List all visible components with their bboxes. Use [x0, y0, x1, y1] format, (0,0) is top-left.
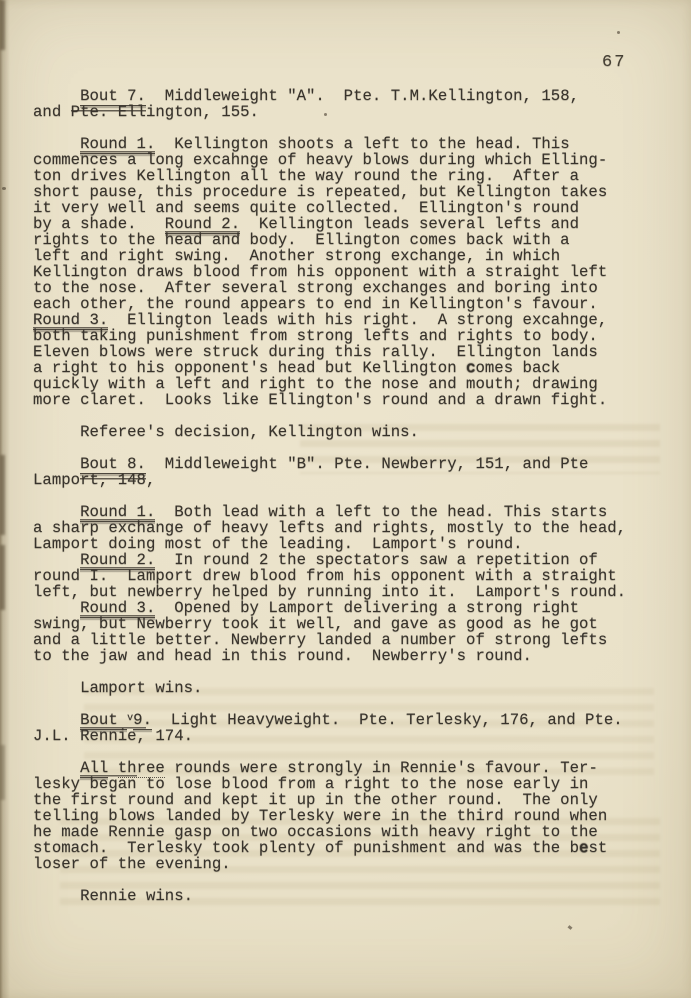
document-body: Bout 7. Middleweight "A". Pte. T.M.Kelli…: [33, 88, 626, 920]
text-segment: Pte. Ell: [71, 103, 146, 121]
text-line: more claret. Looks like Ellington's roun…: [33, 392, 626, 408]
paragraph: Round 1. Both lead with a left to the he…: [33, 504, 626, 664]
text-segment: and: [33, 103, 71, 121]
text-line: a sharp exchange of heavy lefts and righ…: [33, 520, 626, 536]
paper-speck: [617, 31, 620, 34]
page-edge-smudge: [0, 455, 5, 535]
page-edge-smudge: [0, 0, 5, 50]
text-line: Lamport, 148,: [33, 472, 626, 488]
paragraph: Referee's decision, Kellington wins.: [33, 424, 626, 440]
text-line: Eleven blows were struck during this ral…: [33, 344, 626, 360]
text-line: Bout 7. Middleweight "A". Pte. T.M.Kelli…: [33, 88, 626, 104]
text-line: Lamport doing most of the leading. Lampo…: [33, 536, 626, 552]
text-line: by a shade. Round 2. Kellington leads se…: [33, 216, 626, 232]
text-segment: to the jaw and head in this round. Newbe…: [33, 647, 532, 665]
text-line: Round 1. Both lead with a left to the he…: [33, 504, 626, 520]
text-segment: Rennie wins.: [33, 887, 193, 905]
text-line: left and right swing. Another strong exc…: [33, 248, 626, 264]
text-line: round I. Lamport drew blood from his opp…: [33, 568, 626, 584]
text-segment: Lampo: [33, 471, 80, 489]
text-line: stomach. Terlesky took plenty of punishm…: [33, 840, 626, 856]
text-segment: Rennie,: [80, 727, 146, 745]
text-segment: v: [127, 711, 133, 727]
paragraph: All three rounds were strongly in Rennie…: [33, 760, 626, 872]
text-line: J.L. Rennie, 174.: [33, 728, 626, 744]
text-line: Kellington draws blood from his opponent…: [33, 264, 626, 280]
paper-speck: [2, 187, 6, 190]
text-line: both taking punishment from strong lefts…: [33, 328, 626, 344]
text-line: and Pte. Ellington, 155.: [33, 104, 626, 120]
text-line: commences a long excahnge of heavy blows…: [33, 152, 626, 168]
text-line: rights to the head and body. Ellington c…: [33, 232, 626, 248]
text-line: Referee's decision, Kellington wins.: [33, 424, 626, 440]
text-line: and a little better. Newberry landed a n…: [33, 632, 626, 648]
paragraph: Bout 8. Middleweight "B". Pte. Newberry,…: [33, 456, 626, 488]
scanned-page: { "page": { "number": "67" }, "colors": …: [0, 0, 691, 998]
paragraph: Round 1. Kellington shoots a left to the…: [33, 136, 626, 408]
page-number: 67: [602, 53, 626, 72]
text-line: Bout v9. Light Heavyweight. Pte. Terlesk…: [33, 712, 626, 728]
text-line: each other, the round appears to end in …: [33, 296, 626, 312]
text-segment: loser of the evening.: [33, 855, 231, 873]
text-segment: Middleweight "B". Pte. Newberry, 151, an…: [146, 455, 588, 473]
paragraph: Bout v9. Light Heavyweight. Pte. Terlesk…: [33, 712, 626, 744]
text-line: Round 1. Kellington shoots a left to the…: [33, 136, 626, 152]
text-line: Round 2. In round 2 the spectators saw a…: [33, 552, 626, 568]
text-line: ton drives Kellington all the way round …: [33, 168, 626, 184]
text-segment: rt, 148: [80, 471, 146, 489]
text-line: he made Rennie gasp on two occasions wit…: [33, 824, 626, 840]
text-segment: J.L.: [33, 727, 80, 745]
text-line: All three rounds were strongly in Rennie…: [33, 760, 626, 776]
text-line: quickly with a left and right to the nos…: [33, 376, 626, 392]
text-segment: 174.: [146, 727, 193, 745]
text-line: Bout 8. Middleweight "B". Pte. Newberry,…: [33, 456, 626, 472]
text-line: short pause, this procedure is repeated,…: [33, 184, 626, 200]
text-line: left, but newberry helped by running int…: [33, 584, 626, 600]
paragraph: Lamport wins.: [33, 680, 626, 696]
text-line: Rennie wins.: [33, 888, 626, 904]
text-segment: Lamport wins.: [33, 679, 202, 697]
text-line: Lamport wins.: [33, 680, 626, 696]
text-line: to the jaw and head in this round. Newbe…: [33, 648, 626, 664]
text-line: lesky began to lose blood from a right t…: [33, 776, 626, 792]
paragraph: Rennie wins.: [33, 888, 626, 904]
paper-speck: [568, 925, 573, 930]
text-line: Round 3. Opened by Lamport delivering a …: [33, 600, 626, 616]
paragraph: Bout 7. Middleweight "A". Pte. T.M.Kelli…: [33, 88, 626, 120]
text-line: to the nose. After several strong exchan…: [33, 280, 626, 296]
text-segment: Referee's decision, Kellington wins.: [33, 423, 419, 441]
text-line: swing, but Newberry took it well, and ga…: [33, 616, 626, 632]
page-edge-smudge: [0, 545, 5, 610]
text-segment: more claret. Looks like Ellington's roun…: [33, 391, 607, 409]
text-segment: ,: [146, 471, 155, 489]
text-line: telling blows landed by Terlesky were in…: [33, 808, 626, 824]
text-line: a right to his opponent's head but Kelli…: [33, 360, 626, 376]
text-line: the first round and kept it up in the ot…: [33, 792, 626, 808]
text-line: loser of the evening.: [33, 856, 626, 872]
page-edge-smudge: [0, 745, 5, 800]
text-line: Round 3. Ellington leads with his right.…: [33, 312, 626, 328]
text-line: it very well and seems quite collected. …: [33, 200, 626, 216]
text-segment: Light Heavyweight. Pte. Terlesky, 176, a…: [152, 711, 623, 729]
text-segment: ington, 155.: [146, 103, 259, 121]
text-segment: st: [588, 839, 607, 857]
